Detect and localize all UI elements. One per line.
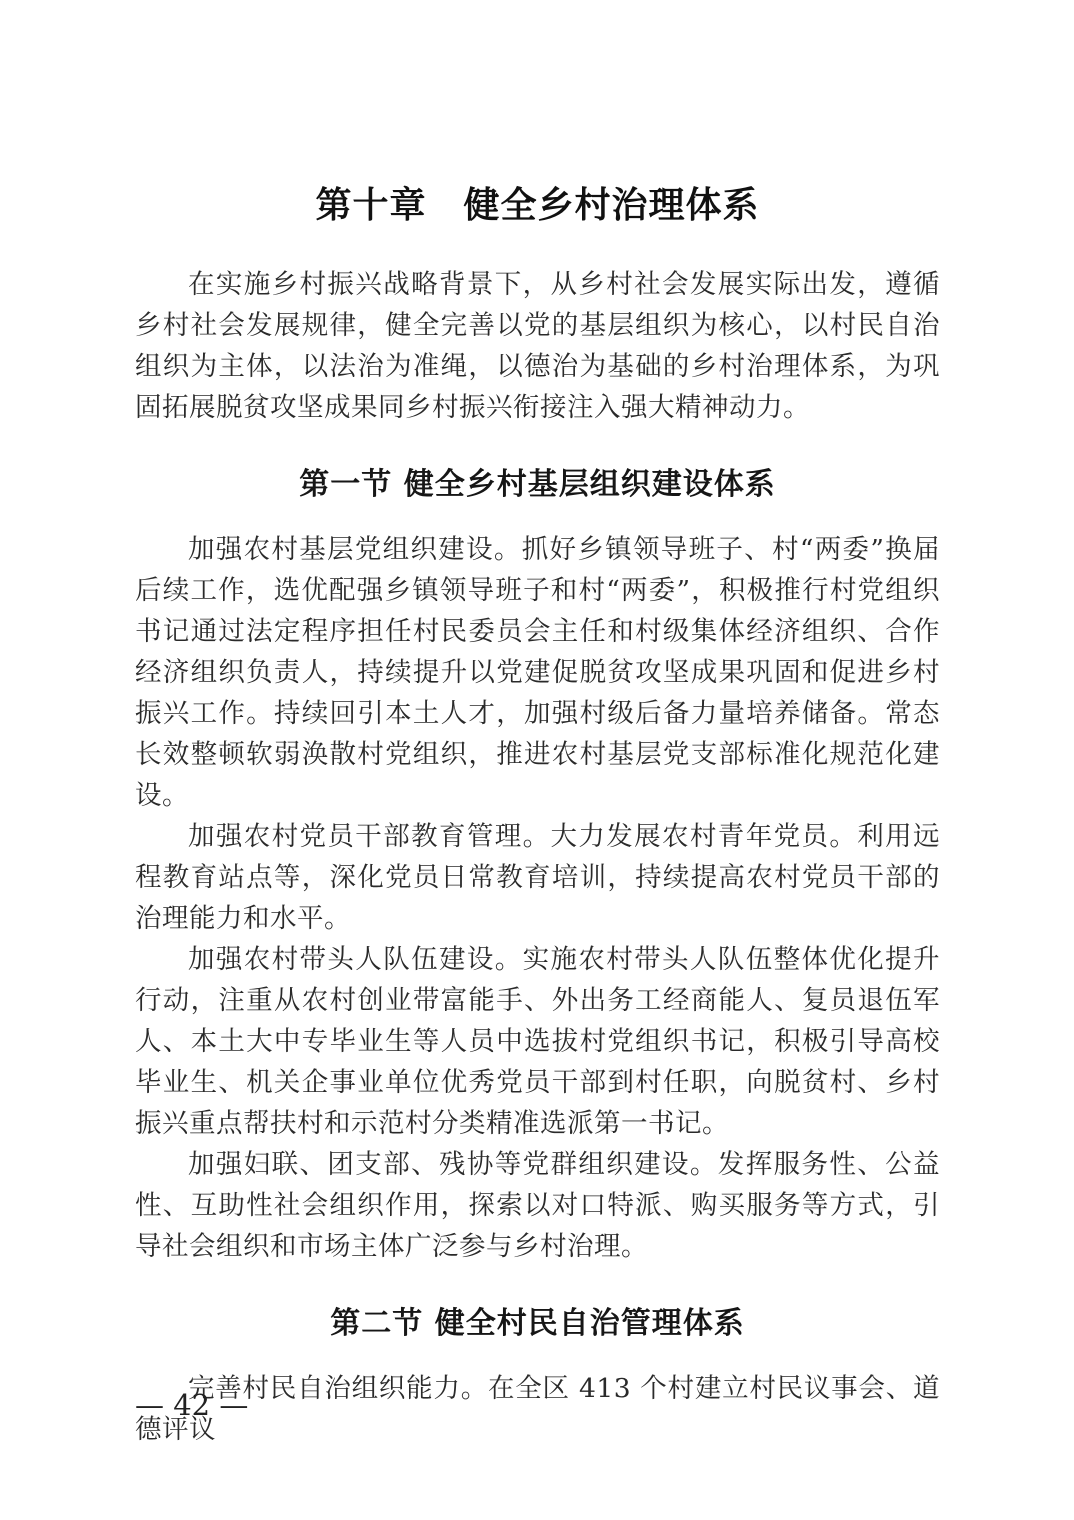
section-1-paragraph-2: 加强农村党员干部教育管理。大力发展农村青年党员。利用远程教育站点等，深化党员日常… [135,816,940,939]
document-page: 第十章 健全乡村治理体系 在实施乡村振兴战略背景下，从乡村社会发展实际出发，遵循… [0,0,1074,1520]
page-number: — 42 — [135,1388,248,1422]
section-1-paragraph-1: 加强农村基层党组织建设。抓好乡镇领导班子、村“两委”换届后续工作，选优配强乡镇领… [135,529,940,816]
section-1-title: 第一节 健全乡村基层组织建设体系 [135,466,940,503]
intro-paragraph: 在实施乡村振兴战略背景下，从乡村社会发展实际出发，遵循乡村社会发展规律，健全完善… [135,264,940,428]
section-2-title: 第二节 健全村民自治管理体系 [135,1305,940,1342]
page-content: 第十章 健全乡村治理体系 在实施乡村振兴战略背景下，从乡村社会发展实际出发，遵循… [135,0,940,1450]
section-1-paragraph-3: 加强农村带头人队伍建设。实施农村带头人队伍整体优化提升行动，注重从农村创业带富能… [135,939,940,1144]
chapter-title: 第十章 健全乡村治理体系 [135,182,940,228]
section-2-paragraph-1: 完善村民自治组织能力。在全区 413 个村建立村民议事会、道德评议 [135,1368,940,1450]
section-1-paragraph-4: 加强妇联、团支部、残协等党群组织建设。发挥服务性、公益性、互助性社会组织作用，探… [135,1144,940,1267]
